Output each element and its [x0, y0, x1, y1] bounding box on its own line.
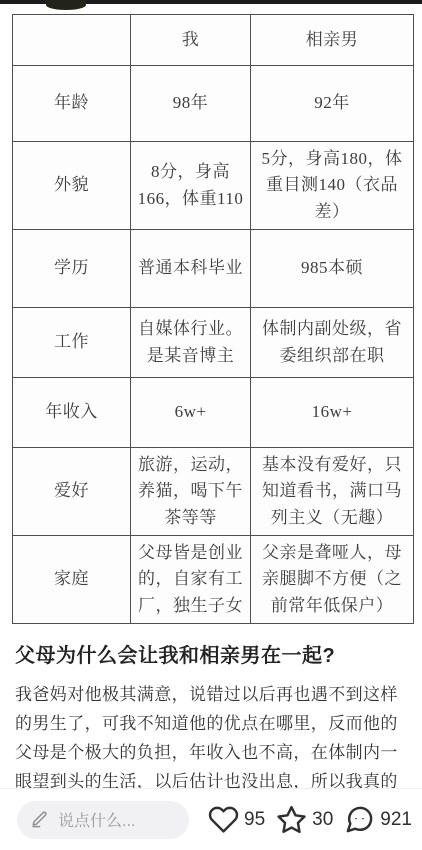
like-button[interactable]: 95: [208, 804, 265, 835]
collect-button[interactable]: 30: [276, 804, 333, 835]
comment-input-placeholder: 说点什么...: [58, 808, 135, 831]
cell-me: 98年: [131, 66, 251, 142]
cell-me: 旅游，运动，养猫，喝下午茶等等: [131, 448, 251, 536]
like-count: 95: [244, 809, 265, 831]
engagement-actions: 95 30 921: [208, 804, 412, 835]
table-row: 年龄 98年 92年: [13, 66, 414, 142]
previous-image-edge-detail: [46, 0, 86, 10]
row-label: 家庭: [13, 536, 131, 624]
cell-me: 8分，身高166，体重110: [131, 142, 251, 230]
table-header-row: 我 相亲男: [13, 15, 414, 66]
table-row: 工作 自媒体行业。是某音博主 体制内副处级，省委组织部在职: [13, 308, 414, 378]
comment-count: 921: [380, 809, 412, 831]
header-him-cell: 相亲男: [251, 15, 414, 66]
row-label: 爱好: [13, 448, 131, 536]
table-row: 学历 普通本科毕业 985本硕: [13, 230, 414, 308]
table-row: 年收入 6w+ 16w+: [13, 378, 414, 448]
comment-button[interactable]: 921: [344, 804, 412, 835]
post-detail-screen: 我 相亲男 年龄 98年 92年 外貌 8分，身高166，体重110 5分，身高…: [0, 0, 422, 850]
cell-him: 基本没有爱好，只知道看书，满口马列主义（无趣）: [251, 448, 414, 536]
cell-me: 自媒体行业。是某音博主: [131, 308, 251, 378]
table-row: 爱好 旅游，运动，养猫，喝下午茶等等 基本没有爱好，只知道看书，满口马列主义（无…: [13, 448, 414, 536]
row-label: 外貌: [13, 142, 131, 230]
header-me-cell: 我: [131, 15, 251, 66]
comparison-table: 我 相亲男 年龄 98年 92年 外貌 8分，身高166，体重110 5分，身高…: [12, 14, 414, 624]
header-empty-cell: [13, 15, 131, 66]
cell-him: 985本硕: [251, 230, 414, 308]
star-icon: [276, 804, 307, 835]
cell-him: 父亲是聋哑人，母亲腿脚不方便（之前常年低保户）: [251, 536, 414, 624]
comment-input[interactable]: 说点什么...: [17, 801, 189, 839]
heart-icon: [208, 804, 239, 835]
table-row: 外貌 8分，身高166，体重110 5分，身高180，体重目测140（衣品差）: [13, 142, 414, 230]
post-title: 父母为什么会让我和相亲男在一起?: [15, 643, 408, 669]
cell-me: 普通本科毕业: [131, 230, 251, 308]
row-label: 年龄: [13, 66, 131, 142]
pencil-icon: [30, 810, 49, 829]
cell-him: 5分，身高180，体重目测140（衣品差）: [251, 142, 414, 230]
row-label: 学历: [13, 230, 131, 308]
cell-him: 体制内副处级，省委组织部在职: [251, 308, 414, 378]
table-row: 家庭 父母皆是创业的，自家有工厂，独生子女 父亲是聋哑人，母亲腿脚不方便（之前常…: [13, 536, 414, 624]
comment-bubble-icon: [344, 804, 375, 835]
collect-count: 30: [312, 809, 333, 831]
row-label: 年收入: [13, 378, 131, 448]
row-label: 工作: [13, 308, 131, 378]
cell-him: 92年: [251, 66, 414, 142]
cell-me: 父母皆是创业的，自家有工厂，独生子女: [131, 536, 251, 624]
cell-him: 16w+: [251, 378, 414, 448]
bottom-action-bar: 说点什么... 95 30: [0, 788, 422, 850]
cell-me: 6w+: [131, 378, 251, 448]
